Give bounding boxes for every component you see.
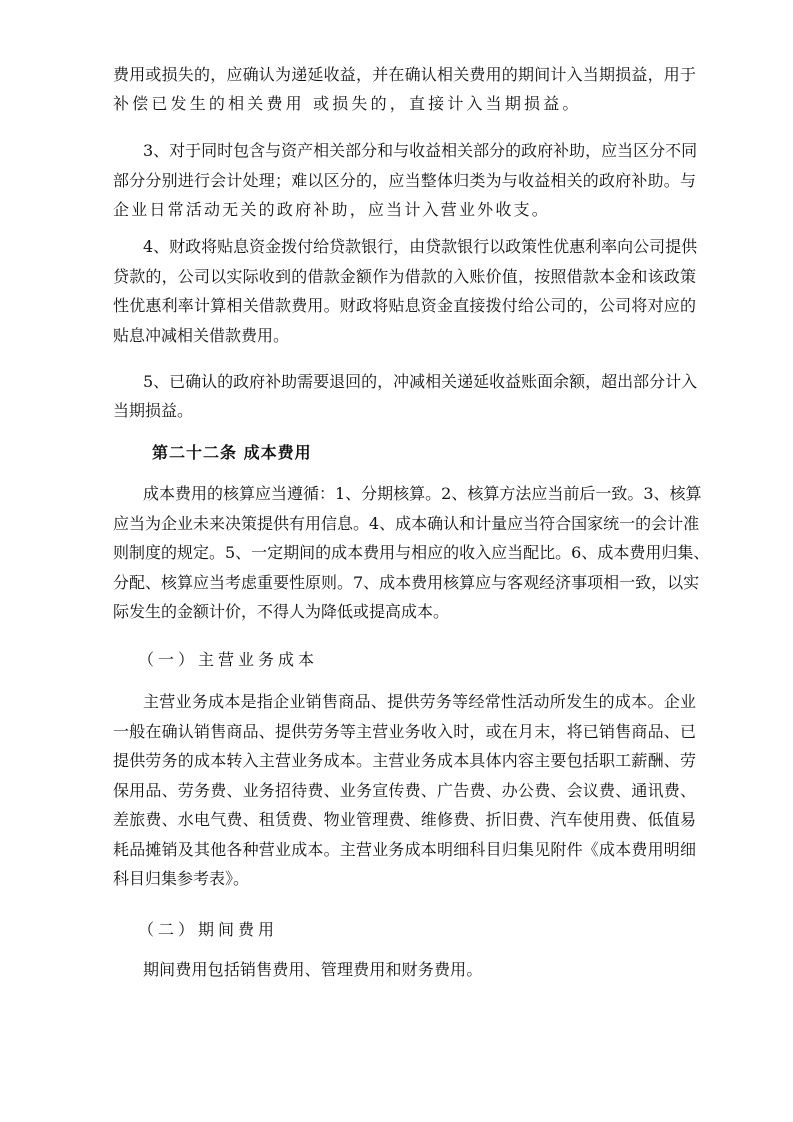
paragraph-line: 提供劳务的成本转入主营业务成本。主营业务成本具体内容主要包括职工薪酬、劳 <box>113 750 696 772</box>
paragraph-line: 主营业务成本是指企业销售商品、提供劳务等经常性活动所发生的成本。企业 <box>143 691 696 713</box>
paragraph-line: 5、已确认的政府补助需要退回的，冲减相关递延收益账面余额，超出部分计入 <box>143 371 696 393</box>
paragraph-line: 则制度的规定。5、一定期间的成本费用与相应的收入应当配比。6、成本费用归集、 <box>113 542 696 564</box>
paragraph-line: 科目归集参考表》。 <box>113 868 696 890</box>
article-heading: 第二十二条 成本费用 <box>152 442 312 464</box>
paragraph-line: 4、财政将贴息资金拨付给贷款银行，由贷款银行以政策性优惠利率向公司提供 <box>143 236 696 258</box>
paragraph-line: 当期损益。 <box>113 400 696 422</box>
paragraph-line: 贷款的，公司以实际收到的借款金额作为借款的入账价值，按照借款本金和该政策 <box>113 266 696 288</box>
paragraph-line: 部分分别进行会计处理；难以区分的，应当整体归类为与收益相关的政府补助。与 <box>113 170 696 192</box>
paragraph-line: 性优惠利率计算相关借款费用。财政将贴息资金直接拨付给公司的，公司将对应的 <box>113 295 696 317</box>
document-page: 费用或损失的，应确认为递延收益，并在确认相关费用的期间计入当期损益，用于 补偿已… <box>0 0 793 1122</box>
paragraph-line: 费用或损失的，应确认为递延收益，并在确认相关费用的期间计入当期损益，用于 <box>113 64 696 86</box>
paragraph-line: 耗品摊销及其他各种营业成本。主营业务成本明细科目归集见附件《成本费用明细 <box>113 839 696 861</box>
section-heading-main-business-cost: （一）主营业务成本 <box>138 649 318 671</box>
paragraph-line: 一般在确认销售商品、提供劳务等主营业务收入时，或在月末，将已销售商品、已 <box>113 721 696 743</box>
paragraph-line: 保用品、劳务费、业务招待费、业务宣传费、广告费、办公费、会议费、通讯费、 <box>113 780 696 802</box>
paragraph-line: 企业日常活动无关的政府补助，应当计入营业外收支。 <box>113 199 696 221</box>
paragraph-line: 补偿已发生的相关费用 或损失的，直接计入当期损益。 <box>113 93 696 115</box>
paragraph-line: 应当为企业未来决策提供有用信息。4、成本确认和计量应当符合国家统一的会计准 <box>113 513 696 535</box>
paragraph-line: 3、对于同时包含与资产相关部分和与收益相关部分的政府补助，应当区分不同 <box>143 140 696 162</box>
paragraph-line: 期间费用包括销售费用、管理费用和财务费用。 <box>143 959 696 981</box>
paragraph-line: 贴息冲减相关借款费用。 <box>113 325 696 347</box>
section-heading-period-expenses: （二）期间费用 <box>138 919 278 941</box>
paragraph-line: 际发生的金额计价，不得人为降低或提高成本。 <box>113 601 696 623</box>
paragraph-line: 差旅费、水电气费、租赁费、物业管理费、维修费、折旧费、汽车使用费、低值易 <box>113 809 696 831</box>
paragraph-line: 成本费用的核算应当遵循：1、分期核算。2、核算方法应当前后一致。3、核算 <box>143 483 696 505</box>
paragraph-line: 分配、核算应当考虑重要性原则。7、成本费用核算应与客观经济事项相一致，以实 <box>113 572 696 594</box>
